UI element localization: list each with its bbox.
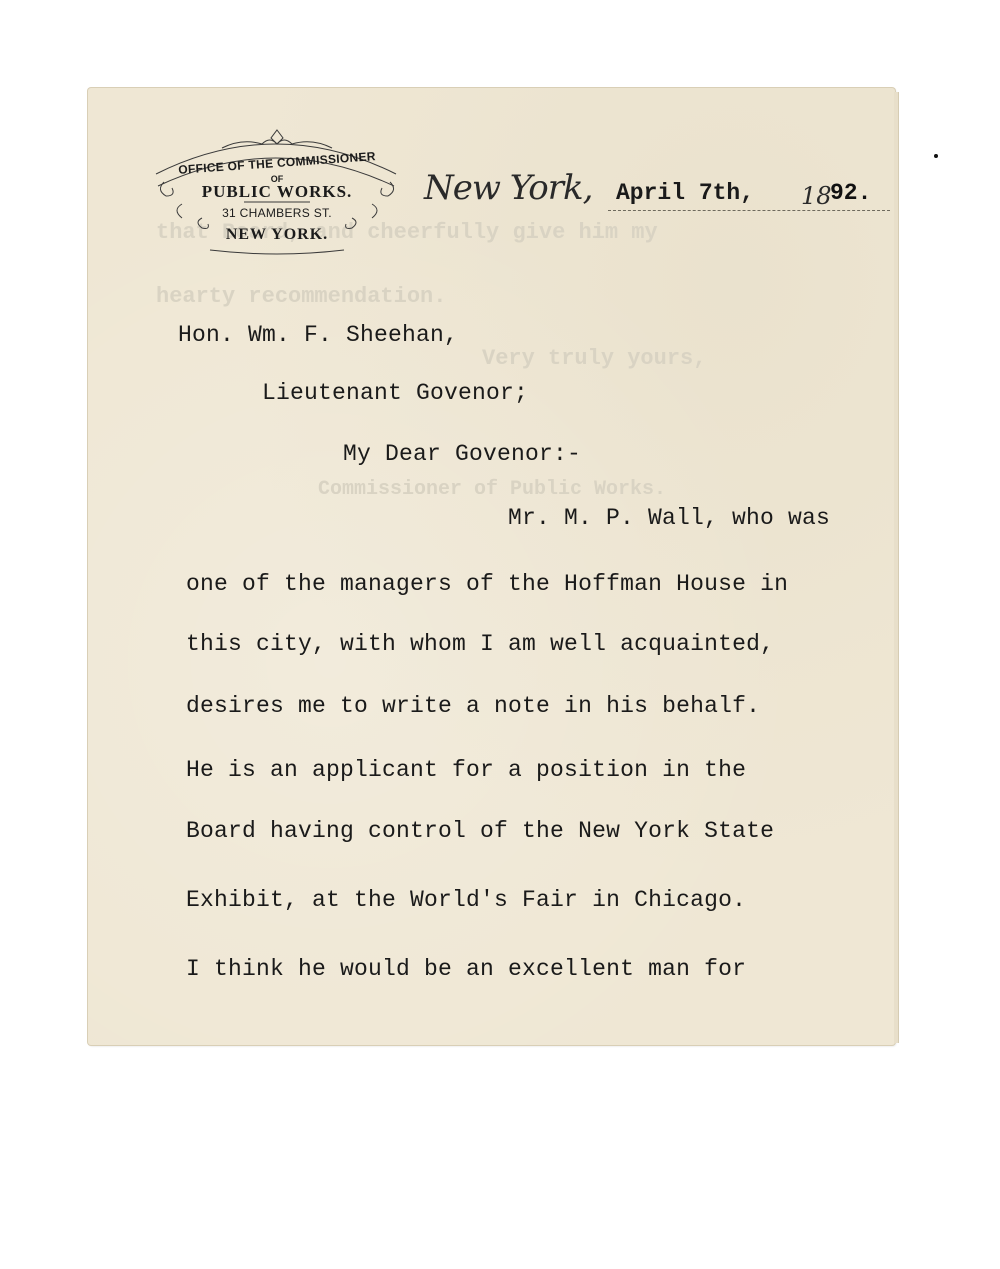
letterhead: OFFICE OF THE COMMISSIONER OF PUBLIC WOR… bbox=[152, 126, 402, 258]
letterhead-street: 31 CHAMBERS ST. bbox=[152, 206, 402, 220]
recipient-title: Lieutenant Govenor; bbox=[262, 380, 528, 406]
body-line: I think he would be an excellent man for bbox=[186, 956, 746, 982]
dateline-city: New York, bbox=[424, 168, 592, 208]
body-line: this city, with whom I am well acquainte… bbox=[186, 631, 774, 657]
body-line: Exhibit, at the World's Fair in Chicago. bbox=[186, 887, 746, 913]
recipient-name: Hon. Wm. F. Sheehan, bbox=[178, 322, 458, 348]
body-line: desires me to write a note in his behalf… bbox=[186, 693, 760, 719]
body-line: He is an applicant for a position in the bbox=[186, 757, 746, 783]
letterhead-city: NEW YORK. bbox=[152, 226, 402, 244]
paper-edge bbox=[894, 92, 899, 1043]
dust-speck bbox=[934, 154, 938, 158]
dateline-date: April 7th, bbox=[616, 180, 754, 206]
dateline-rule bbox=[608, 210, 890, 211]
salutation: My Dear Govenor:- bbox=[343, 441, 581, 467]
body-line: Mr. M. P. Wall, who was bbox=[508, 505, 830, 531]
body-line: Board having control of the New York Sta… bbox=[186, 818, 774, 844]
dateline-year-prefix: 18 bbox=[801, 182, 832, 210]
body-line: one of the managers of the Hoffman House… bbox=[186, 571, 788, 597]
dateline-year-suffix: 92. bbox=[830, 180, 871, 206]
letterhead-department: PUBLIC WORKS. bbox=[152, 182, 402, 202]
